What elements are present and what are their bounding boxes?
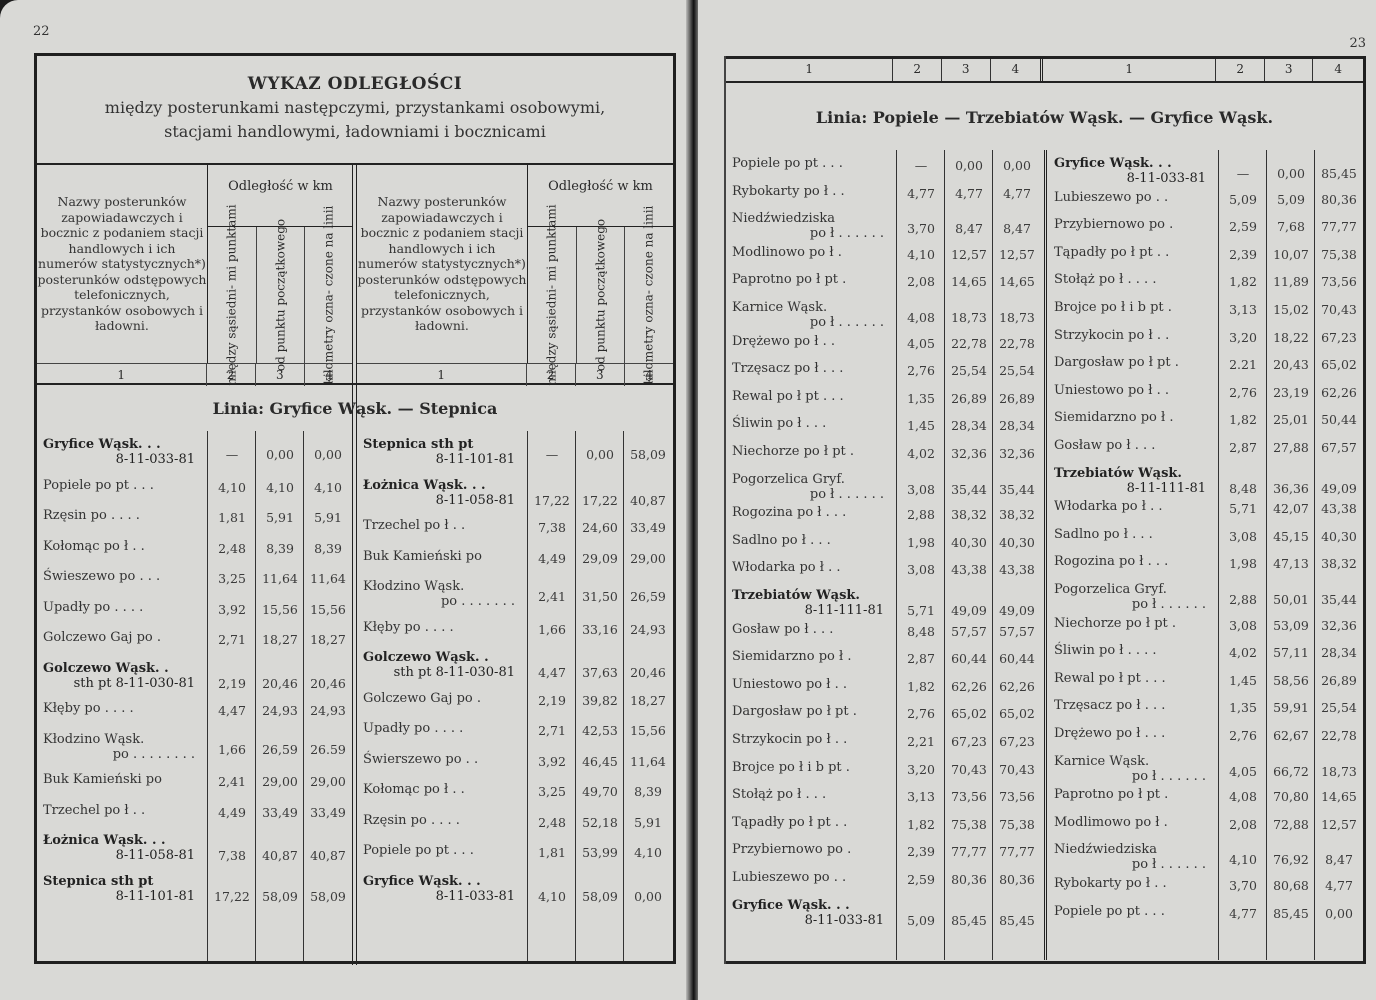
- distance-c3: 50,01: [1268, 592, 1314, 607]
- document-subtitle-line2: stacjami handlowymi, ładowniami i boczni…: [37, 122, 673, 142]
- header-column-numbers: 1 2 3 4: [37, 363, 353, 386]
- distance-c4: 20,46: [305, 676, 351, 691]
- distance-c2: 1,82: [898, 679, 944, 694]
- distance-c4: 29,00: [305, 774, 351, 789]
- station-name: Przybiernowo po .: [1054, 217, 1210, 232]
- distance-c2: 2,19: [529, 693, 575, 708]
- distance-c3: 57,57: [946, 624, 992, 639]
- distance-c3: 42,53: [577, 723, 623, 738]
- distance-c4: 12,57: [1316, 817, 1362, 832]
- distance-c2: 1,82: [1220, 274, 1266, 289]
- distance-c3: 23,19: [1268, 385, 1314, 400]
- distance-c3: 8,39: [257, 541, 303, 556]
- distance-c4: 62,26: [1316, 385, 1362, 400]
- distance-c2: 2,76: [1220, 385, 1266, 400]
- station-name: Popiele po pt . . .: [43, 478, 199, 493]
- distance-c3: 12,57: [946, 247, 992, 262]
- distance-c4: 28,34: [994, 418, 1040, 433]
- distance-c4: 8,39: [625, 784, 671, 799]
- distance-c2: 3,25: [209, 571, 255, 586]
- distance-c3: 24,93: [257, 703, 303, 718]
- distance-c2: 2,08: [898, 274, 944, 289]
- distance-c2: 4,10: [209, 480, 255, 495]
- distance-c4: 58,09: [305, 889, 351, 904]
- station-name: Trzęsacz po ł . . .: [732, 361, 888, 376]
- station-name: Sadlno po ł . . .: [732, 533, 888, 548]
- distance-c3: 85,45: [1268, 906, 1314, 921]
- distance-c3: 46,45: [577, 754, 623, 769]
- distance-c3: 7,68: [1268, 219, 1314, 234]
- distance-c3: 58,09: [257, 889, 303, 904]
- distance-c3: 25,01: [1268, 412, 1314, 427]
- header-distance-group: Odległość w km między sąsiedni- mi punkt…: [207, 165, 353, 363]
- station-name: Kołomąc po ł . .: [363, 782, 519, 797]
- distance-c4: 4,10: [305, 480, 351, 495]
- station-name: Śliwin po ł . . . .: [1054, 643, 1210, 658]
- distance-c4: 14,65: [994, 274, 1040, 289]
- distance-c4: 58,09: [625, 447, 671, 462]
- distance-c3: 27,88: [1268, 440, 1314, 455]
- distance-c3: 18,22: [1268, 330, 1314, 345]
- station-name: Świerszewo po . .: [363, 752, 519, 767]
- distance-c3: 73,56: [946, 789, 992, 804]
- station-name: Brojce po ł i b pt .: [732, 760, 888, 775]
- column-rule: [255, 431, 256, 961]
- distance-c2: 4,77: [1220, 906, 1266, 921]
- distance-c2: 3,92: [209, 602, 255, 617]
- station-code: sth pt 8-11-030-81: [43, 676, 199, 691]
- distance-c4: 49,09: [994, 603, 1040, 618]
- distance-c2: —: [529, 447, 575, 462]
- station-name: Buk Kamieński po: [43, 772, 199, 787]
- distance-c3: 80,68: [1268, 878, 1314, 893]
- distance-c3: 39,82: [577, 693, 623, 708]
- station-name: Włodarka po ł . .: [732, 560, 888, 575]
- station-name: Golczewo Gaj po .: [43, 630, 199, 645]
- distance-c2: 4,10: [1220, 852, 1266, 867]
- header-col2: między sąsiedni- mi punktami: [545, 204, 558, 385]
- distance-c2: 4,49: [209, 805, 255, 820]
- distance-c4: 24,93: [625, 622, 671, 637]
- distance-c4: 28,34: [1316, 645, 1362, 660]
- table-stepnica-to-gryfice: Stepnica sth pt8-11-101-81—0,0058,09Łożn…: [357, 431, 673, 961]
- distance-c4: 0,00: [305, 447, 351, 462]
- station-name: Łożnica Wąsk. . .8-11-058-81: [43, 833, 199, 863]
- station-name: Drężewo po ł . . .: [1054, 726, 1210, 741]
- distance-c3: 66,72: [1268, 764, 1314, 779]
- distance-c2: 1,45: [898, 418, 944, 433]
- distance-c3: 36,36: [1268, 481, 1314, 496]
- distance-c2: 2,76: [898, 706, 944, 721]
- station-name: Golczewo Gaj po .: [363, 691, 519, 706]
- distance-c2: 2,59: [898, 872, 944, 887]
- distance-c3: 77,77: [946, 844, 992, 859]
- distance-c3: 65,02: [946, 706, 992, 721]
- distance-c4: 35,44: [994, 482, 1040, 497]
- distance-c2: 5,09: [898, 913, 944, 928]
- distance-c2: 1,81: [209, 510, 255, 525]
- distance-c2: 7,38: [209, 848, 255, 863]
- distance-c4: 32,36: [1316, 618, 1362, 633]
- distance-c2: 3,08: [898, 482, 944, 497]
- station-code: po . . . . . . . .: [43, 747, 199, 762]
- distance-c2: 4,77: [898, 186, 944, 201]
- distance-c2: 2,41: [209, 774, 255, 789]
- station-code: po ł . . . . . .: [732, 487, 888, 502]
- distance-c4: 77,77: [1316, 219, 1362, 234]
- station-code: 8-11-033-81: [43, 452, 199, 467]
- distance-c4: 15,56: [305, 602, 351, 617]
- distance-c3: 8,47: [946, 221, 992, 236]
- distance-c4: 75,38: [994, 817, 1040, 832]
- station-code: 8-11-101-81: [363, 452, 519, 467]
- distance-c2: 2,59: [1220, 219, 1266, 234]
- station-code: po . . . . . . .: [363, 594, 519, 609]
- distance-c3: 0,00: [257, 447, 303, 462]
- distance-c4: 40,87: [305, 848, 351, 863]
- station-name: Tąpadły po ł pt . .: [1054, 245, 1210, 260]
- distance-c4: 43,38: [1316, 501, 1362, 516]
- distance-c3: 62,67: [1268, 728, 1314, 743]
- station-name: Gryfice Wąsk. . .8-11-033-81: [363, 874, 519, 904]
- distance-c4: 33,49: [305, 805, 351, 820]
- column-rule: [944, 150, 945, 960]
- distance-c2: 2,87: [1220, 440, 1266, 455]
- distance-c3: 22,78: [946, 336, 992, 351]
- station-code: sth pt 8-11-030-81: [363, 665, 519, 680]
- distance-c3: 15,02: [1268, 302, 1314, 317]
- distance-c4: 5,91: [305, 510, 351, 525]
- column-rule: [896, 150, 897, 960]
- distance-c3: 29,09: [577, 551, 623, 566]
- distance-c2: 2,71: [529, 723, 575, 738]
- station-name: Modlinowo po ł .: [732, 245, 888, 260]
- station-code: po ł . . . . . .: [732, 226, 888, 241]
- station-name: Dargosław po ł pt .: [1054, 355, 1210, 370]
- distance-c2: 8,48: [1220, 481, 1266, 496]
- station-name: Kłęby po . . . .: [363, 620, 519, 635]
- distance-c3: 49,09: [946, 603, 992, 618]
- distance-c2: 1,98: [898, 535, 944, 550]
- header-name-column: Nazwy posterunków zapowiadawczych i bocz…: [357, 165, 527, 363]
- distance-c3: 42,07: [1268, 501, 1314, 516]
- station-name: Strzykocin po ł . .: [1054, 328, 1210, 343]
- station-name: Łożnica Wąsk. . .8-11-058-81: [363, 478, 519, 508]
- station-name: Kłęby po . . . .: [43, 701, 199, 716]
- header-col4: kilometry ozna- czone na linii: [643, 206, 656, 385]
- station-name: Popiele po pt . . .: [363, 843, 519, 858]
- distance-c4: 4,77: [1316, 878, 1362, 893]
- distance-c2: —: [209, 447, 255, 462]
- distance-c3: 85,45: [946, 913, 992, 928]
- distance-c2: 2,39: [898, 844, 944, 859]
- line-title-gryfice-stepnica: Linia: Gryfice Wąsk. — Stepnica: [37, 399, 673, 418]
- column-rule: [1218, 150, 1219, 960]
- station-name: Pogorzelica Gryf.po ł . . . . . .: [732, 472, 888, 502]
- table-popiele-to-gryfice: Popiele po pt . . .—0,000,00Rybokarty po…: [726, 150, 1042, 960]
- distance-c3: 67,23: [946, 734, 992, 749]
- distance-c2: 3,92: [529, 754, 575, 769]
- station-name: Trzechel po ł . .: [363, 518, 519, 533]
- distance-c3: 33,16: [577, 622, 623, 637]
- table-gryfice-to-popiele: Gryfice Wąsk. . .8-11-033-81—0,0085,45Lu…: [1048, 150, 1364, 960]
- distance-c4: 18,73: [994, 310, 1040, 325]
- station-name: Gosław po ł . . .: [1054, 438, 1210, 453]
- station-name: Drężewo po ł . .: [732, 334, 888, 349]
- distance-c2: 5,09: [1220, 192, 1266, 207]
- distance-c2: 1,82: [1220, 412, 1266, 427]
- distance-c2: 3,13: [1220, 302, 1266, 317]
- station-code: 8-11-058-81: [363, 493, 519, 508]
- distance-c3: 0,00: [946, 158, 992, 173]
- column-rule: [992, 150, 993, 960]
- distance-c3: 52,18: [577, 815, 623, 830]
- distance-c3: 72,88: [1268, 817, 1314, 832]
- distance-c3: 0,00: [1268, 166, 1314, 181]
- distance-c3: 10,07: [1268, 247, 1314, 262]
- distance-c2: 4,02: [898, 446, 944, 461]
- distance-c3: 26,59: [257, 742, 303, 757]
- station-name: Trzechel po ł . .: [43, 803, 199, 818]
- distance-c2: 2,87: [898, 651, 944, 666]
- distance-c2: 4,10: [898, 247, 944, 262]
- column-rule: [207, 431, 208, 961]
- distance-c4: 4,10: [625, 845, 671, 860]
- distance-c3: 4,10: [257, 480, 303, 495]
- distance-c2: 17,22: [529, 493, 575, 508]
- distance-c4: 18,27: [305, 632, 351, 647]
- station-name: Siemidarzno po ł .: [732, 649, 888, 664]
- distance-c4: 12,57: [994, 247, 1040, 262]
- station-name: Rzęsin po . . . .: [43, 508, 199, 523]
- distance-c2: 4,08: [898, 310, 944, 325]
- line-title-popiele-trzebiatow-gryfice: Linia: Popiele — Trzebiatów Wąsk. — Gryf…: [726, 108, 1363, 127]
- station-name: Popiele po pt . . .: [732, 156, 888, 171]
- distance-c2: 3,20: [898, 762, 944, 777]
- left-page: 22 WYKAZ ODLEGŁOŚCI między posterunkami …: [0, 0, 690, 1000]
- station-name: Upadły po . . . .: [43, 600, 199, 615]
- station-code: po ł . . . . . .: [1054, 597, 1210, 612]
- station-name: Śliwin po ł . . .: [732, 416, 888, 431]
- distance-c3: 58,56: [1268, 673, 1314, 688]
- distance-c4: 38,32: [994, 507, 1040, 522]
- distance-c3: 43,38: [946, 562, 992, 577]
- distance-c3: 40,87: [257, 848, 303, 863]
- distance-c4: 40,30: [994, 535, 1040, 550]
- station-name: Sadlno po ł . . .: [1054, 527, 1210, 542]
- distance-c4: 60,44: [994, 651, 1040, 666]
- distance-c4: 11,64: [305, 571, 351, 586]
- column-number-row: 1 2 3 4 1 2 3 4: [726, 56, 1363, 83]
- distance-c4: 70,43: [994, 762, 1040, 777]
- distance-c2: 4,05: [1220, 764, 1266, 779]
- distance-c2: 5,71: [1220, 501, 1266, 516]
- station-name: Uniestowo po ł . .: [732, 677, 888, 692]
- column-rule: [527, 431, 528, 961]
- table-gryfice-to-stepnica: Gryfice Wąsk. . .8-11-033-81—0,000,00Pop…: [37, 431, 353, 961]
- station-name: Stepnica sth pt8-11-101-81: [363, 437, 519, 467]
- station-name: Paprotno po ł pt .: [1054, 787, 1210, 802]
- distance-c2: 7,38: [529, 520, 575, 535]
- station-name: Stołąż po ł . . . .: [1054, 272, 1210, 287]
- document-subtitle-line1: między posterunkami następczymi, przysta…: [37, 98, 673, 118]
- distance-c2: 1,82: [898, 817, 944, 832]
- distance-c4: 35,44: [1316, 592, 1362, 607]
- column-rule: [1314, 150, 1315, 960]
- station-name: Rewal po ł pt . . .: [732, 389, 888, 404]
- distance-c2: 1,66: [209, 742, 255, 757]
- distance-c3: 75,38: [946, 817, 992, 832]
- distance-c2: 4,49: [529, 551, 575, 566]
- distance-c4: 80,36: [1316, 192, 1362, 207]
- station-code: 8-11-058-81: [43, 848, 199, 863]
- distance-c3: 18,27: [257, 632, 303, 647]
- distance-c3: 53,99: [577, 845, 623, 860]
- station-name: Kłodzino Wąsk.po . . . . . . .: [363, 579, 519, 609]
- station-name: Modlimowo po ł .: [1054, 815, 1210, 830]
- station-name: Kłodzino Wąsk.po . . . . . . . .: [43, 732, 199, 762]
- distance-c4: 18,27: [625, 693, 671, 708]
- distance-c2: 3,08: [1220, 529, 1266, 544]
- distance-c4: 80,36: [994, 872, 1040, 887]
- distance-c4: 4,77: [994, 186, 1040, 201]
- header-col3: od punktu początkowego: [274, 219, 287, 371]
- distance-c3: 45,15: [1268, 529, 1314, 544]
- distance-c4: 62,26: [994, 679, 1040, 694]
- distance-c2: 2,48: [529, 815, 575, 830]
- station-name: Rzęsin po . . . .: [363, 813, 519, 828]
- distance-c2: 4,47: [209, 703, 255, 718]
- distance-c2: 3,25: [529, 784, 575, 799]
- distance-c4: 32,36: [994, 446, 1040, 461]
- distance-c4: 38,32: [1316, 556, 1362, 571]
- distance-c3: 5,09: [1268, 192, 1314, 207]
- distance-c3: 47,13: [1268, 556, 1314, 571]
- station-name: Włodarka po ł . .: [1054, 499, 1210, 514]
- station-name: Przybiernowo po .: [732, 842, 888, 857]
- distance-c3: 11,64: [257, 571, 303, 586]
- header-half-a: Nazwy posterunków zapowiadawczych i bocz…: [37, 165, 353, 383]
- document-title: WYKAZ ODLEGŁOŚCI: [37, 74, 673, 94]
- distance-c4: 8,47: [1316, 852, 1362, 867]
- distance-c3: 49,70: [577, 784, 623, 799]
- distance-c3: 28,34: [946, 418, 992, 433]
- station-name: Golczewo Wąsk. .sth pt 8-11-030-81: [363, 650, 519, 680]
- station-name: Dargosław po ł pt .: [732, 704, 888, 719]
- distance-c3: 59,91: [1268, 700, 1314, 715]
- distance-c4: 43,38: [994, 562, 1040, 577]
- distance-c2: 2,19: [209, 676, 255, 691]
- station-code: 8-11-033-81: [363, 889, 519, 904]
- distance-c3: 37,63: [577, 665, 623, 680]
- distance-c2: 3,08: [1220, 618, 1266, 633]
- distance-c4: 25,54: [994, 363, 1040, 378]
- distance-c3: 14,65: [946, 274, 992, 289]
- title-block: WYKAZ ODLEGŁOŚCI między posterunkami nas…: [37, 56, 673, 142]
- column-rule: [1266, 150, 1267, 960]
- distance-c4: 40,87: [625, 493, 671, 508]
- header-col2: między sąsiedni- mi punktami: [225, 204, 238, 385]
- distance-c3: 18,73: [946, 310, 992, 325]
- distance-c4: 67,23: [1316, 330, 1362, 345]
- distance-c3: 60,44: [946, 651, 992, 666]
- station-name: Upadły po . . . .: [363, 721, 519, 736]
- distance-c2: 1,35: [1220, 700, 1266, 715]
- distance-c4: 85,45: [1316, 166, 1362, 181]
- header-distance-group: Odległość w km między sąsiedni- mi punkt…: [527, 165, 673, 363]
- distance-c4: 75,38: [1316, 247, 1362, 262]
- distance-c2: 2,08: [1220, 817, 1266, 832]
- table-bottom-rule: [726, 961, 1363, 964]
- center-double-rule-right: [1044, 150, 1047, 960]
- station-name: Trzebiatów Wąsk.8-11-111-81: [732, 588, 888, 618]
- distance-c3: 5,91: [257, 510, 303, 525]
- station-code: 8-11-033-81: [732, 913, 888, 928]
- station-name: Lubieszewo po . .: [1054, 190, 1210, 205]
- distance-c4: 0,00: [1316, 906, 1362, 921]
- distance-c4: 5,91: [625, 815, 671, 830]
- station-name: Uniestowo po ł . .: [1054, 383, 1210, 398]
- station-name: Rogozina po ł . . .: [1054, 554, 1210, 569]
- distance-c4: 26,59: [625, 589, 671, 604]
- distance-c3: 26,89: [946, 391, 992, 406]
- distance-c2: 1,98: [1220, 556, 1266, 571]
- distance-c2: 4,08: [1220, 789, 1266, 804]
- distance-c4: 22,78: [1316, 728, 1362, 743]
- distance-c4: 67,57: [1316, 440, 1362, 455]
- distance-c4: 29,00: [625, 551, 671, 566]
- distance-c3: 76,92: [1268, 852, 1314, 867]
- page-number-left: 22: [33, 24, 50, 39]
- station-name: Rewal po ł pt . . .: [1054, 671, 1210, 686]
- distance-c3: 29,00: [257, 774, 303, 789]
- station-code: 8-11-111-81: [732, 603, 888, 618]
- distance-c3: 24,60: [577, 520, 623, 535]
- distance-c3: 70,43: [946, 762, 992, 777]
- distance-c2: 2,71: [209, 632, 255, 647]
- distance-c4: 14,65: [1316, 789, 1362, 804]
- station-name: Buk Kamieński po: [363, 549, 519, 564]
- distance-c4: 8,47: [994, 221, 1040, 236]
- distance-c2: 3,13: [898, 789, 944, 804]
- distance-c2: 1,45: [1220, 673, 1266, 688]
- station-name: Świeszewo po . . .: [43, 569, 199, 584]
- station-name: Rybokarty po ł . .: [732, 184, 888, 199]
- distance-c4: 85,45: [994, 913, 1040, 928]
- distance-c4: 18,73: [1316, 764, 1362, 779]
- distance-c4: 33,49: [625, 520, 671, 535]
- column-rule: [575, 431, 576, 961]
- distance-c4: 20,46: [625, 665, 671, 680]
- station-name: Niechorze po ł pt .: [1054, 616, 1210, 631]
- distance-c4: 11,64: [625, 754, 671, 769]
- distance-c2: 1,81: [529, 845, 575, 860]
- distance-c3: 70,80: [1268, 789, 1314, 804]
- page-number-right: 23: [1349, 36, 1366, 51]
- distance-c3: 80,36: [946, 872, 992, 887]
- station-name: Niechorze po ł pt .: [732, 444, 888, 459]
- distance-c3: 53,09: [1268, 618, 1314, 633]
- distance-c3: 0,00: [577, 447, 623, 462]
- distance-c4: 40,30: [1316, 529, 1362, 544]
- station-name: Pogorzelica Gryf.po ł . . . . . .: [1054, 582, 1210, 612]
- distance-c2: 2,39: [1220, 247, 1266, 262]
- distance-c4: 65,02: [1316, 357, 1362, 372]
- distance-c4: 15,56: [625, 723, 671, 738]
- station-name: Niedźwiedziskapo ł . . . . . .: [1054, 842, 1210, 872]
- distance-c2: 4,02: [1220, 645, 1266, 660]
- distance-c4: 65,02: [994, 706, 1040, 721]
